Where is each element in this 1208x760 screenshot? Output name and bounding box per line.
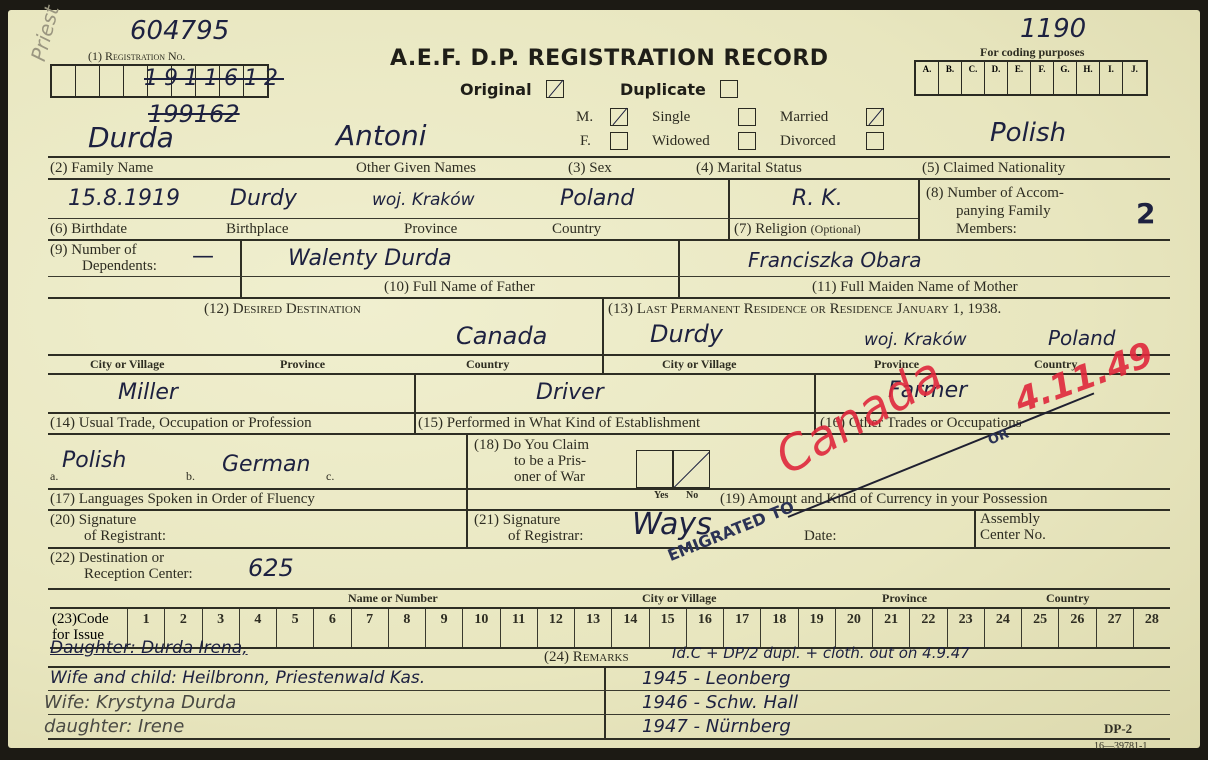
top-number: 604795 <box>130 18 229 44</box>
establishment-label: (15) Performed in What Kind of Establish… <box>418 416 700 431</box>
issue-cell[interactable]: 20 <box>836 609 873 647</box>
dest-country-value[interactable]: Canada <box>456 324 547 348</box>
languages-label: (17) Languages Spoken in Order of Fluenc… <box>50 492 315 507</box>
coding-cell: H. <box>1077 62 1100 94</box>
accompanying-label-3: Members: <box>956 222 1017 237</box>
coding-cell: G. <box>1054 62 1077 94</box>
birthplace-label: Birthplace <box>226 222 288 237</box>
registration-card: Priest 604795 1190 (1) Registration No. … <box>8 10 1200 748</box>
divider <box>48 588 1170 590</box>
res-province-value[interactable]: woj. Kraków <box>864 332 967 349</box>
accompanying-label-1: (8) Number of Accom- <box>926 186 1064 201</box>
issue-cell[interactable]: 26 <box>1059 609 1096 647</box>
print-number: 16—39781-1 <box>1094 742 1147 752</box>
issue-cell[interactable]: 9 <box>426 609 463 647</box>
remarks-left-line: daughter: Irene <box>44 718 184 736</box>
registration-no-struck: 1911612 <box>144 68 284 90</box>
given-names-label: Other Given Names <box>356 161 476 176</box>
divider <box>48 156 1170 158</box>
divider <box>466 433 468 509</box>
divorced-label: Divorced <box>780 134 836 149</box>
accompanying-value[interactable]: 2 <box>1136 200 1155 228</box>
coding-cell: A. <box>916 62 939 94</box>
lang-a-value[interactable]: Polish <box>62 450 126 472</box>
reception-label-1: (22) Destination or <box>50 551 164 566</box>
res-city-value[interactable]: Durdy <box>650 322 723 346</box>
issue-group-name: Name or Number <box>348 592 438 604</box>
divider <box>466 509 468 547</box>
duplicate-checkbox[interactable] <box>720 80 738 98</box>
divider <box>48 276 1170 277</box>
coding-cell: F. <box>1031 62 1054 94</box>
divider <box>48 714 1170 715</box>
remarks-right-line: 1946 - Schw. Hall <box>642 694 798 712</box>
divider <box>604 666 606 738</box>
coding-cell: D. <box>985 62 1008 94</box>
accompanying-label-2: panying Family <box>956 204 1051 219</box>
pow-yes-label: Yes <box>654 491 668 501</box>
remarks-label: (24) Remarks <box>544 650 629 665</box>
coding-cell: B. <box>939 62 962 94</box>
sex-f-label: F. <box>580 134 591 149</box>
widowed-label: Widowed <box>652 134 710 149</box>
registrant-label-2: of Registrant: <box>84 529 166 544</box>
divider <box>48 690 1170 691</box>
issue-cell[interactable]: 16 <box>687 609 724 647</box>
divider <box>48 297 1170 299</box>
reception-center-value[interactable]: 625 <box>248 556 294 580</box>
original-checkbox[interactable] <box>546 80 564 98</box>
pow-no-label: No <box>686 491 698 501</box>
coding-cell: C. <box>962 62 985 94</box>
divider <box>414 373 416 433</box>
lang-b-value[interactable]: German <box>222 454 310 476</box>
assembly-label-2: Center No. <box>980 528 1046 543</box>
divider <box>48 547 1170 549</box>
issue-cell[interactable]: 13 <box>575 609 612 647</box>
dest-province-label: Province <box>280 358 325 370</box>
pow-label-2: to be a Pris- <box>514 454 586 469</box>
issue-group-province: Province <box>882 592 927 604</box>
birthplace-value[interactable]: Durdy <box>230 188 297 210</box>
issue-cell[interactable]: 5 <box>277 609 314 647</box>
widowed-checkbox[interactable] <box>738 132 756 150</box>
divider <box>728 178 730 240</box>
coding-cell: I. <box>1100 62 1123 94</box>
issue-cell[interactable]: 28 <box>1134 609 1170 647</box>
sex-f-checkbox[interactable] <box>610 132 628 150</box>
duplicate-label: Duplicate <box>620 80 706 99</box>
given-names-value[interactable]: Antoni <box>336 122 427 150</box>
issue-cell[interactable]: 24 <box>985 609 1022 647</box>
nationality-value[interactable]: Polish <box>990 120 1066 146</box>
divider <box>48 178 1170 180</box>
divider <box>974 509 976 547</box>
issue-cell[interactable]: 7 <box>352 609 389 647</box>
single-checkbox[interactable] <box>738 108 756 126</box>
reception-label-2: Reception Center: <box>84 567 193 582</box>
dependents-label-2: Dependents: <box>82 259 157 274</box>
top-right-number: 1190 <box>1020 16 1086 42</box>
divider <box>918 178 920 240</box>
issue-cell[interactable]: 27 <box>1097 609 1134 647</box>
sex-m-label: M. <box>576 110 593 125</box>
mother-label: (11) Full Maiden Name of Mother <box>812 280 1018 295</box>
pow-no-mark-icon <box>672 450 710 488</box>
divider <box>678 239 680 297</box>
province-label: Province <box>404 222 457 237</box>
lang-c-label: c. <box>326 470 334 482</box>
sex-label: (3) Sex <box>568 161 612 176</box>
family-name-value[interactable]: Durda <box>88 124 174 152</box>
trade-value[interactable]: Miller <box>118 382 178 404</box>
registrar-label-2: of Registrar: <box>508 529 583 544</box>
res-city-label: City or Village <box>662 358 736 370</box>
dependents-value[interactable]: — <box>192 246 214 268</box>
mother-value[interactable]: Franciszka Obara <box>748 250 922 270</box>
issue-cell[interactable]: 23 <box>948 609 985 647</box>
remarks-right-line: 1947 - Nürnberg <box>642 718 791 736</box>
issue-cell[interactable]: 6 <box>314 609 351 647</box>
dest-city-label: City or Village <box>90 358 164 370</box>
issue-cell[interactable]: 25 <box>1022 609 1059 647</box>
coding-cells: A. B. C. D. E. F. G. H. I. J. <box>914 60 1148 96</box>
religion-value[interactable]: R. K. <box>792 188 843 210</box>
date-label: Date: <box>804 529 836 544</box>
country-label: Country <box>552 222 601 237</box>
birthdate-label: (6) Birthdate <box>50 222 127 237</box>
desired-destination-label: (12) Desired Destination <box>204 302 361 317</box>
coding-label: For coding purposes <box>980 46 1084 58</box>
issue-cell[interactable]: 22 <box>910 609 947 647</box>
issue-cell[interactable]: 19 <box>799 609 836 647</box>
divider <box>240 239 242 297</box>
res-country-value[interactable]: Poland <box>1048 328 1115 348</box>
issue-cell[interactable]: 10 <box>463 609 500 647</box>
remarks-header-note: Id.C + DP/2 dupl. + cloth. out on 4.9.47 <box>672 646 970 661</box>
original-label: Original <box>460 80 532 99</box>
single-label: Single <box>652 110 690 125</box>
pow-label-3: oner of War <box>514 470 585 485</box>
registrar-label-1: (21) Signature <box>474 513 560 528</box>
issue-cell[interactable]: 15 <box>650 609 687 647</box>
country-value[interactable]: Poland <box>560 188 634 210</box>
divorced-checkbox[interactable] <box>866 132 884 150</box>
assembly-label-1: Assembly <box>980 512 1040 527</box>
sex-m-checkbox[interactable] <box>610 108 628 126</box>
issue-cell[interactable]: 17 <box>724 609 761 647</box>
lang-a-label: a. <box>50 470 58 482</box>
married-label: Married <box>780 110 828 125</box>
coding-cell: E. <box>1008 62 1031 94</box>
issue-cell[interactable]: 12 <box>538 609 575 647</box>
divider <box>48 488 1170 490</box>
province-value[interactable]: woj. Kraków <box>372 192 475 209</box>
form-number: DP-2 <box>1104 722 1132 735</box>
married-checkbox[interactable] <box>866 108 884 126</box>
dependents-label-1: (9) Number of <box>50 243 137 258</box>
issue-cell[interactable]: 21 <box>873 609 910 647</box>
remarks-left-line: Wife: Krystyna Durda <box>44 694 236 712</box>
form-title: A.E.F. D.P. REGISTRATION RECORD <box>390 46 829 71</box>
divider <box>48 218 918 219</box>
registrant-label-1: (20) Signature <box>50 513 136 528</box>
religion-label: (7) Religion (Optional) <box>734 222 861 237</box>
divider <box>602 297 604 373</box>
pow-label-1: (18) Do You Claim <box>474 438 589 453</box>
divider <box>48 412 1170 414</box>
remarks-left-line: Wife and child: Heilbronn, Priestenwald … <box>50 670 425 687</box>
divider <box>48 738 1170 740</box>
marital-status-label: (4) Marital Status <box>696 161 802 176</box>
nationality-label: (5) Claimed Nationality <box>922 161 1065 176</box>
family-name-label: (2) Family Name <box>50 161 153 176</box>
pow-yes-box[interactable] <box>636 450 674 488</box>
issue-cell[interactable]: 18 <box>761 609 798 647</box>
father-label: (10) Full Name of Father <box>384 280 535 295</box>
birthdate-value[interactable]: 15.8.1919 <box>68 188 180 210</box>
last-residence-label: (13) Last Permanent Residence or Residen… <box>608 302 1001 317</box>
dest-country-label: Country <box>466 358 509 370</box>
issue-cell[interactable]: 14 <box>612 609 649 647</box>
trade-label: (14) Usual Trade, Occupation or Professi… <box>50 416 312 431</box>
registration-no-label: (1) Registration No. <box>88 50 185 62</box>
divider <box>48 239 1170 241</box>
issue-group-country: Country <box>1046 592 1089 604</box>
pow-no-box[interactable] <box>672 450 710 488</box>
remarks-left-line: Daughter: Durda Irena, <box>50 640 248 657</box>
divider <box>48 354 1170 356</box>
establishment-value[interactable]: Driver <box>536 382 604 404</box>
issue-cell[interactable]: 11 <box>501 609 538 647</box>
coding-cell: J. <box>1123 62 1146 94</box>
margin-note: Priest <box>28 4 62 64</box>
remarks-right-line: 1945 - Leonberg <box>642 670 791 688</box>
father-value[interactable]: Walenty Durda <box>288 248 452 270</box>
divider <box>48 373 1170 375</box>
issue-group-city: City or Village <box>642 592 716 604</box>
issue-cell[interactable]: 8 <box>389 609 426 647</box>
lang-b-label: b. <box>186 470 195 482</box>
